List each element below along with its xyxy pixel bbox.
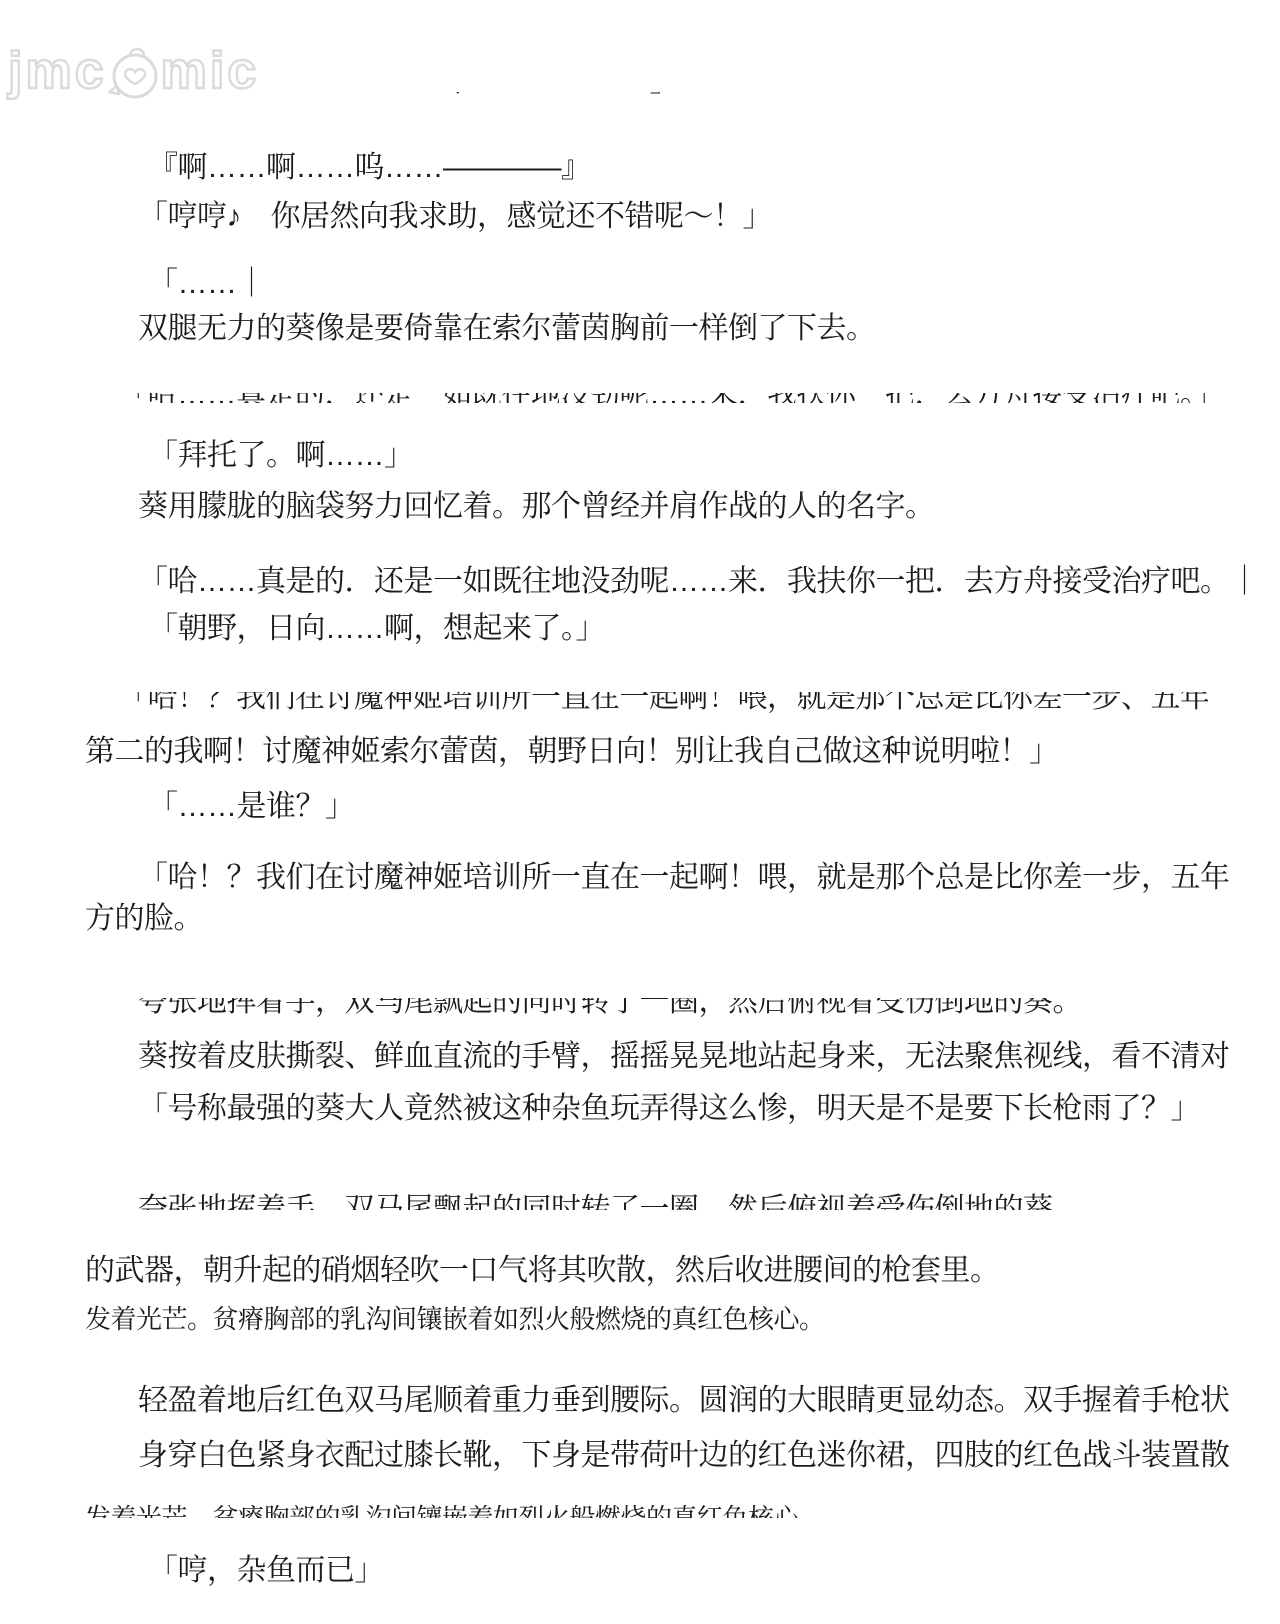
- watermark-text-left: jmc: [8, 45, 107, 97]
- watermark-text-right: mic: [161, 45, 260, 97]
- text-line: 「哼，杂鱼而已」: [148, 1553, 384, 1589]
- clipped-text-line: 夸张地挥着手，双马尾飘起的同时转了一圈，然后俯视着受伤倒地的葵: [138, 1192, 1228, 1210]
- text-line: 方的脸。: [85, 901, 203, 937]
- text-line: 「……｜: [148, 266, 266, 302]
- text-line: 「拜托了。啊……」: [148, 438, 414, 474]
- clipped-text-line: 夸张地挥着手，双马尾飘起的同时转了一圈，然后俯视着受伤倒地的葵。: [138, 998, 1228, 1020]
- text-line: 第二的我啊！讨魔神姬索尔蕾茵，朝野日向！别让我自己做这种说明啦！」: [85, 734, 1059, 770]
- clipped-text-line: 发着光芒，贫瘠胸部的乳沟间镶嵌着如烈火般燃烧的真红色核心。: [85, 1502, 1175, 1518]
- text-line: 「哼哼♪ 你居然向我求助，感觉还不错呢～！」: [138, 199, 772, 235]
- text-line: 的武器，朝升起的硝烟轻吹一口气将其吹散，然后收进腰间的枪套里。: [85, 1253, 1000, 1289]
- text-line: 身穿白色紧身衣配过膝长靴，下身是带荷叶边的红色迷你裙，四肢的红色战斗装置散: [138, 1438, 1230, 1474]
- text-line: 「朝野，日向……啊，想起来了。」: [148, 611, 605, 647]
- text-line: 『啊……啊……呜……――――』: [148, 150, 591, 186]
- text-line: 双腿无力的葵像是要倚靠在索尔蕾茵胸前一样倒了下去。: [138, 311, 876, 347]
- text-line: 「……是谁？」: [148, 789, 355, 825]
- novel-text-page: jmc mic 「 丨 」 『啊……啊……呜……――――』 「哼哼♪ 你居然向我…: [0, 0, 1280, 1624]
- text-line: 「哈！？我们在讨魔神姬培训所一直在一起啊！喂，就是那个总是比你差一步，五年: [138, 860, 1230, 896]
- clipped-text-line: 「 丨 」: [148, 92, 1208, 99]
- text-line: 葵用朦胧的脑袋努力回忆着。那个曾经并肩作战的人的名字。: [138, 489, 935, 525]
- clipped-text-line: 「哈！？我们在讨魔神姬培训所一直在一起啊！喂，就是那个总是比你差一步、五年: [118, 692, 1208, 716]
- clipped-text-line: 「哈……真是的，还是一如既往地没劲呢……来，我扶你一把，去方舟接受治疗吧。」: [118, 393, 1208, 403]
- text-line: 发着光芒。贫瘠胸部的乳沟间镶嵌着如烈火般燃烧的真红色核心。: [85, 1303, 825, 1335]
- text-line: 「哈……真是的．还是一如既往地没劲呢……来．我扶你一把．去方舟接受治疗吧。｜: [138, 564, 1259, 600]
- text-line: 葵按着皮肤撕裂、鲜血直流的手臂，摇摇晃晃地站起身来，无法聚焦视线，看不清对: [138, 1039, 1230, 1075]
- text-line: 「号称最强的葵大人竟然被这种杂鱼玩弄得这么惨，明天是不是要下长枪雨了？」: [138, 1091, 1200, 1127]
- text-line: 轻盈着地后红色双马尾顺着重力垂到腰际。圆润的大眼睛更显幼态。双手握着手枪状: [138, 1383, 1230, 1419]
